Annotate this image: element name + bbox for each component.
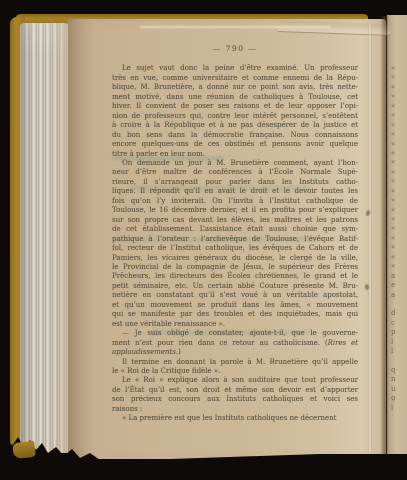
facing-line-glyph: « xyxy=(391,130,405,139)
text-line: — Je suis obligé de constater, ajoute-t-… xyxy=(112,329,358,338)
facing-line-glyph: « xyxy=(391,92,405,101)
text-line: Prêcheurs, les directeurs des Écoles chr… xyxy=(112,272,358,281)
text-line: très en vue, comme universitaire et comm… xyxy=(112,74,358,83)
facing-line-glyph: « xyxy=(391,196,405,205)
facing-line-glyph xyxy=(391,413,405,422)
text-line: titre à parler en leur nom. xyxy=(112,150,358,159)
text-line: netière en constatant qu’il s’est voué à… xyxy=(112,291,358,300)
facing-line-glyph: d xyxy=(391,309,405,318)
text-line: de cet établissement. L’assistance était… xyxy=(112,225,358,234)
facing-line-glyph: « xyxy=(391,253,405,262)
facing-line-glyph: « xyxy=(391,262,405,271)
text-line: Pamiers, les vicaires généraux du diocès… xyxy=(112,254,358,263)
text-line: son précieux concours aux Instituts cath… xyxy=(112,395,358,404)
facing-line-glyph: l xyxy=(391,404,405,413)
facing-line-glyph xyxy=(391,357,405,366)
facing-line-glyph: u xyxy=(391,385,405,394)
text-line: sur son propre cas devant les élèves, le… xyxy=(112,216,358,225)
facing-line-glyph: a xyxy=(391,272,405,281)
book-cover-bottom-corner xyxy=(12,441,36,460)
text-line: neur d’être maître de conférences à l’Éc… xyxy=(112,168,358,177)
facing-line-glyph: « xyxy=(391,234,405,243)
text-line: du bon sens dans la démocratie française… xyxy=(112,131,358,140)
facing-line-glyph: « xyxy=(391,121,405,130)
text-line: liques. Il répondit qu’il en avait le dr… xyxy=(112,187,358,196)
text-block: — 790 — Le sujet vaut donc la peine d’êt… xyxy=(112,44,358,424)
facing-line-glyph: « xyxy=(391,168,405,177)
page-number: — 790 — xyxy=(112,44,358,53)
text-line: Le sujet vaut donc la peine d’être exami… xyxy=(112,64,358,73)
facing-line-glyph: « xyxy=(391,102,405,111)
body-paragraphs: Le sujet vaut donc la peine d’être exami… xyxy=(112,64,358,423)
facing-line-glyph: q xyxy=(391,366,405,375)
text-line: le Provincial de la compagnie de Jésus, … xyxy=(112,263,358,272)
text-line: « La première est que les Instituts cath… xyxy=(112,414,358,423)
text-line: fol, recteur de l’Institut catholique, l… xyxy=(112,244,358,253)
text-line: encore quelques-uns de ces obstinés et p… xyxy=(112,140,358,149)
facing-line-glyph: n xyxy=(391,375,405,384)
facing-line-glyph: g xyxy=(391,394,405,403)
text-line: Le « Roi » explique alors à son auditoir… xyxy=(112,376,358,385)
facing-line-glyph: e xyxy=(391,281,405,290)
text-line: blique, M. Brunetière, a donné sur ce po… xyxy=(112,83,358,92)
text-line: rieure, il s’arrangeait pour parler dans… xyxy=(112,178,358,187)
text-line: raisons : xyxy=(112,405,358,414)
facing-line-glyph: « xyxy=(391,111,405,120)
text-line: et qu’un mouvement se produit dans les â… xyxy=(112,301,358,310)
facing-line-glyph: « xyxy=(391,149,405,158)
gutter-shadow xyxy=(380,16,389,456)
facing-line-glyph: « xyxy=(391,187,405,196)
text-line: nion de professeurs qui, contre leur int… xyxy=(112,112,358,121)
text-line: applaudissements.) xyxy=(112,348,358,357)
facing-line-glyph: l xyxy=(391,347,405,356)
facing-line-glyph: « xyxy=(391,215,405,224)
text-line: pathique à l’orateur : l’archevêque de T… xyxy=(112,235,358,244)
vertical-crease xyxy=(368,24,372,452)
text-line: est une véritable renaissance ». xyxy=(112,320,358,329)
text-line: Toulouse, le 16 décembre dernier, et il … xyxy=(112,206,358,215)
text-line: à croire à la République et à ne pas dés… xyxy=(112,121,358,130)
facing-line-glyph: « xyxy=(391,206,405,215)
text-line: qui se manifeste par des troubles et des… xyxy=(112,310,358,319)
text-line: Il termine en donnant la parole à M. Bru… xyxy=(112,358,358,367)
facing-line-glyph: a xyxy=(391,291,405,300)
facing-line-glyph: l xyxy=(391,338,405,347)
book-photo: — 790 — Le sujet vaut donc la peine d’êt… xyxy=(0,0,407,480)
facing-line-glyph: « xyxy=(391,177,405,186)
facing-line-glyph: p xyxy=(391,328,405,337)
facing-line-glyph: « xyxy=(391,73,405,82)
text-line: fois qu’on l’y inviterait. On l’invita à… xyxy=(112,197,358,206)
facing-line-glyph: « xyxy=(391,83,405,92)
facing-line-glyph: « xyxy=(391,158,405,167)
facing-line-glyph: « xyxy=(391,243,405,252)
text-line: petit séminaire, etc. Un certain abbé Co… xyxy=(112,282,358,291)
text-line: de l’État qu’il est, son droit et même s… xyxy=(112,386,358,395)
text-line: le « Roi de la Critique fidèle ». xyxy=(112,367,358,376)
facing-line-glyph xyxy=(391,300,405,309)
facing-line-glyph: « xyxy=(391,224,405,233)
text-line: ment n’est pour rien dans ce retour au c… xyxy=(112,339,358,348)
text-line: ment motivé, dans une réunion de catholi… xyxy=(112,93,358,102)
facing-line-glyph: c xyxy=(391,319,405,328)
facing-line-glyph: « xyxy=(391,64,405,73)
facing-line-glyph: « xyxy=(391,140,405,149)
page-stack-fore-edge xyxy=(20,23,74,453)
text-line: hiver. Il convient de poser ses raisons … xyxy=(112,102,358,111)
facing-page-line-starts: ««««««««««««««««««««««aeadcpllqnugl xyxy=(391,64,405,423)
